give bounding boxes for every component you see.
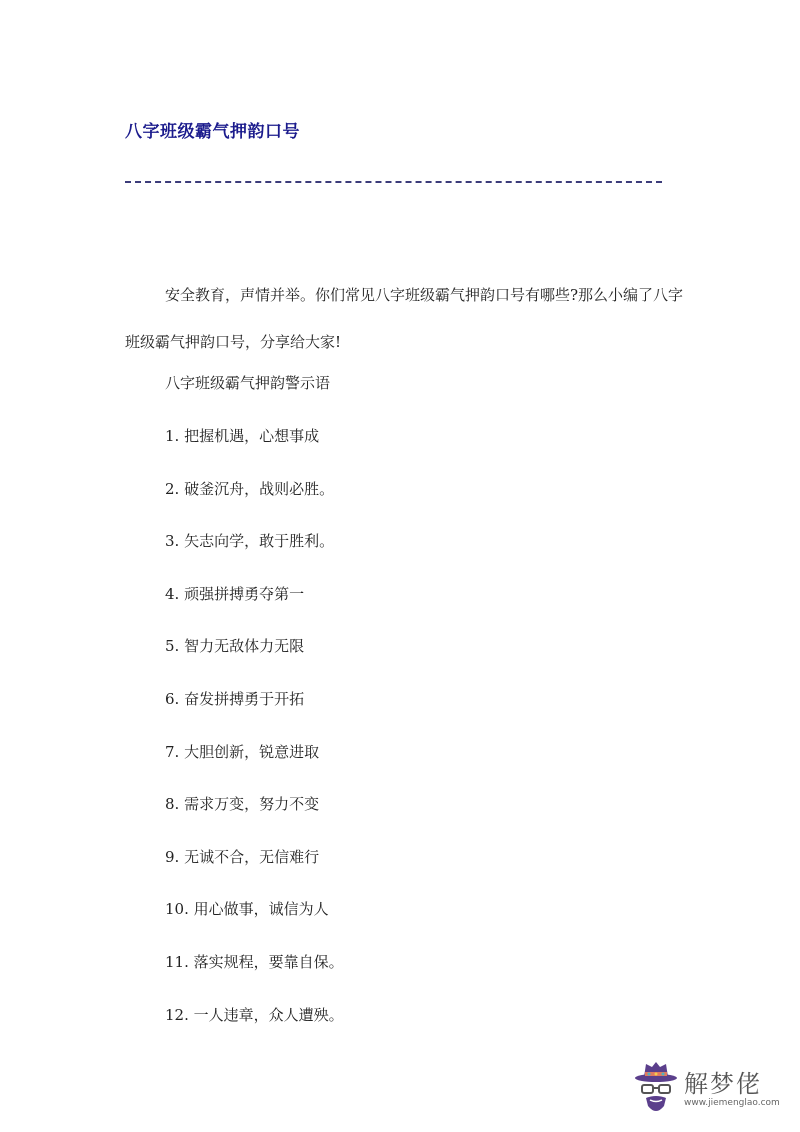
list-item: 2. 破釜沉舟，战则必胜。 [165, 477, 344, 530]
hat-glasses-beard-icon [634, 1060, 678, 1118]
list-item: 12. 一人违章，众人遭殃。 [165, 1003, 344, 1056]
list-item: 11. 落实规程，要靠自保。 [165, 950, 344, 1003]
list-item: 6. 奋发拼搏勇于开拓 [165, 687, 344, 740]
intro-paragraph: 安全教育，声情并举。你们常见八字班级霸气押韵口号有哪些?那么小编了八字班级霸气押… [125, 272, 685, 366]
watermark-brand: 解梦佬 [684, 1064, 762, 1099]
list-item: 10. 用心做事，诚信为人 [165, 897, 344, 950]
list-item: 9. 无诚不合，无信难行 [165, 845, 344, 898]
dashed-divider [125, 181, 662, 183]
section-subheading: 八字班级霸气押韵警示语 [165, 372, 330, 393]
list-item: 3. 矢志向学，敢于胜利。 [165, 529, 344, 582]
list-item: 8. 需求万变，努力不变 [165, 792, 344, 845]
watermark-logo: 解梦佬 www.jiemenglao.com [630, 1060, 800, 1122]
list-item: 5. 智力无敌体力无限 [165, 634, 344, 687]
list-item: 4. 顽强拼搏勇夺第一 [165, 582, 344, 635]
list-item: 7. 大胆创新，锐意进取 [165, 740, 344, 793]
document-title: 八字班级霸气押韵口号 [125, 117, 300, 142]
watermark-url: www.jiemenglao.com [684, 1098, 780, 1108]
list-item: 1. 把握机遇，心想事成 [165, 424, 344, 477]
slogan-list: 1. 把握机遇，心想事成 2. 破釜沉舟，战则必胜。 3. 矢志向学，敢于胜利。… [165, 424, 344, 1055]
